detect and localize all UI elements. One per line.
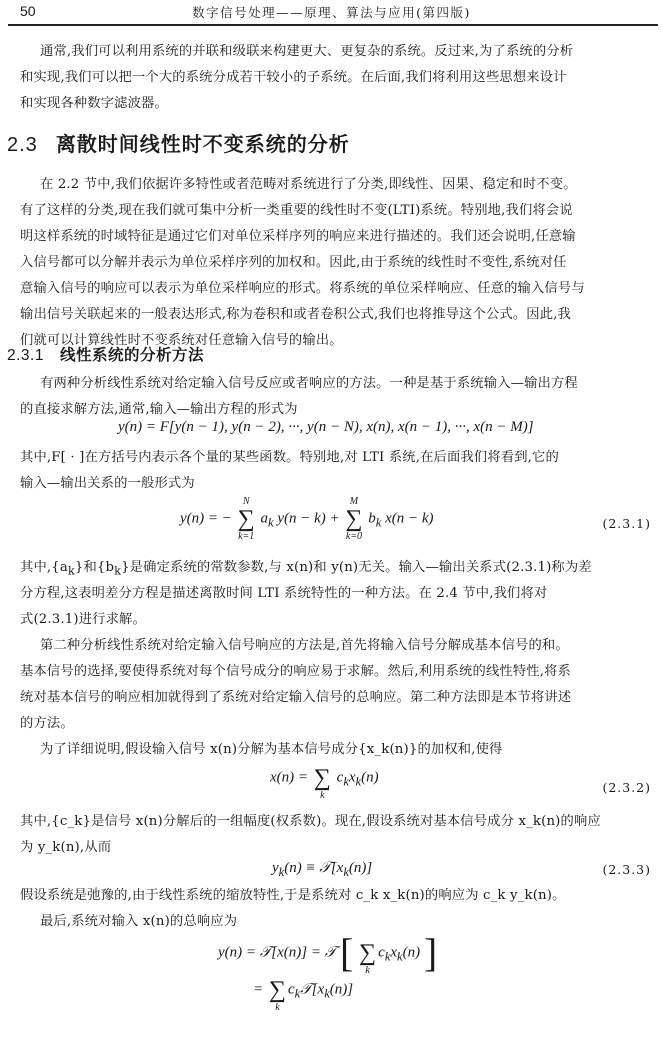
- eq231-a: a: [261, 510, 269, 526]
- methods-line-1: 有两种分析线性系统对给定输入信号反应或者响应的方法。一种是基于系统输入—输出方程: [40, 372, 578, 391]
- sigma-icon: ∑: [269, 978, 286, 1002]
- equation-2-3-1: y(n) = − N ∑ k=1 ak y(n − k) + M ∑ k=0 b…: [180, 496, 434, 542]
- right-bracket: ]: [424, 930, 437, 975]
- ck-line-1: 其中,{c_k}是信号 x(n)分解后的一组幅度(权系数)。现在,假设系统对基本…: [20, 810, 601, 829]
- equation-2-3-3: yk(n) ≡ 𝒯[xk(n)]: [272, 859, 372, 880]
- second-method-line-4: 的方法。: [20, 712, 74, 731]
- sigma-icon: ∑: [314, 766, 331, 790]
- equation-number-2-3-2: (2.3.2): [602, 780, 651, 795]
- section-title: 离散时间线性时不变系统的分析: [56, 134, 350, 156]
- sum2-lower: k=0: [345, 531, 362, 542]
- coeffs-line-1: 其中,{ak}和{bk}是确定系统的常数参数,与 x(n)和 y(n)无关。输入…: [20, 556, 592, 578]
- ck-line-2: 为 y_k(n),从而: [20, 836, 111, 855]
- final-n: (n): [403, 944, 421, 960]
- sigma-icon: ∑: [238, 507, 255, 531]
- sum-symbol-3: ∑ k: [314, 755, 331, 801]
- coeffs-line-2: 分方程,这表明差分方程是描述离散时间 LTI 系统特性的一种方法。在 2.4 节…: [20, 582, 547, 601]
- equation-number-2-3-3: (2.3.3): [602, 862, 651, 877]
- eq233-end: (n)]: [349, 860, 372, 876]
- coeffs-line-3: 式(2.3.1)进行求解。: [20, 608, 146, 627]
- second-method-line-1: 第二种分析线性系统对给定输入信号响应的方法是,首先将输入信号分解成基本信号的和。: [40, 634, 569, 653]
- equation-total-response-line-2: = ∑ k ck𝒯[xk(n)]: [253, 967, 353, 1013]
- final2-c: c: [288, 981, 295, 997]
- sum-symbol-2: M ∑ k=0: [345, 496, 362, 542]
- final-line1-lhs: y(n) = 𝒯[x(n)] = 𝒯: [218, 944, 336, 960]
- eq231-term2: x(n − k): [385, 510, 433, 526]
- subsection-heading: 2.3.1线性系统的分析方法: [7, 343, 204, 365]
- eq231-a-sub: k: [268, 515, 274, 529]
- sigma-icon: ∑: [345, 507, 362, 531]
- eq231-term1: y(n − k) +: [277, 510, 339, 526]
- coeffs-text-a: 其中,{a: [20, 560, 68, 575]
- sigma-icon: ∑: [359, 941, 376, 965]
- header-rule: [8, 24, 658, 26]
- eq232-lhs: x(n) =: [270, 769, 308, 785]
- section-para-line-1: 在 2.2 节中,我们依据许多特性或者范畴对系统进行了分类,即线性、因果、稳定和…: [40, 173, 577, 192]
- eq232-x: x: [349, 769, 356, 785]
- sum-symbol-5: ∑ k: [269, 967, 286, 1013]
- intro-line-2: 和实现,我们可以把一个大的系统分成若干较小的子系统。在后面,我们将利用这些思想来…: [20, 66, 567, 85]
- sum5-lower: k: [269, 1002, 286, 1013]
- intro-line-3: 和实现各种数字滤波器。: [20, 92, 168, 111]
- section-para-line-5: 意输入信号的响应可以表示为单位采样响应的形式。将系统的单位采样响应、任意的输入信…: [20, 277, 585, 296]
- coeffs-text-rest: }是确定系统的常数参数,与 x(n)和 y(n)无关。输入—输出关系式(2.3.…: [121, 560, 592, 575]
- second-method-line-2: 基本信号的选择,要使得系统对每个信号成分的响应易于求解。然后,利用系统的线性特性…: [20, 660, 571, 679]
- final-line2-eq: =: [253, 981, 263, 997]
- section-para-line-2: 有了这样的分类,现在我们就可集中分析一类重要的线性时不变(LTI)系统。特别地,…: [20, 199, 573, 218]
- coeffs-sub-a: k: [68, 565, 75, 578]
- final-c: c: [378, 944, 385, 960]
- section-number: 2.3: [7, 134, 38, 156]
- intro-line-1: 通常,我们可以利用系统的并联和级联来构建更大、更复杂的系统。反过来,为了系统的分…: [40, 40, 573, 59]
- final2-end: (n)]: [330, 981, 353, 997]
- eq233-mid: (n) ≡ 𝒯[x: [284, 860, 343, 876]
- total-response-line: 最后,系统对输入 x(n)的总响应为: [40, 910, 237, 929]
- sum-symbol-4: ∑ k: [359, 930, 376, 976]
- para-F-line-2: 输入—输出关系的一般形式为: [20, 472, 195, 491]
- sum4-lower: k: [359, 965, 376, 976]
- eq231-lhs: y(n) = −: [180, 510, 232, 526]
- section-heading: 2.3离散时间线性时不变系统的分析: [7, 128, 350, 157]
- equation-general-form: y(n) = F[y(n − 1), y(n − 2), ···, y(n − …: [118, 419, 534, 436]
- final2-T: 𝒯[x: [300, 981, 324, 997]
- equation-2-3-2: x(n) = ∑ k ckxk(n): [270, 755, 379, 801]
- subsection-title: 线性系统的分析方法: [60, 347, 204, 364]
- eq232-n: (n): [361, 769, 379, 785]
- section-para-line-6: 输出信号关联起来的一般表达形式,称为卷积和或者卷积公式,我们也将推导这个公式。因…: [20, 303, 571, 322]
- section-para-line-3: 明这样系统的时域特征是通过它们对单位采样序列的响应来进行描述的。我们还会说明,任…: [20, 225, 576, 244]
- sum-symbol-1: N ∑ k=1: [238, 496, 255, 542]
- coeffs-text-b: }和{b: [75, 560, 114, 575]
- eq231-b-sub: k: [376, 515, 382, 529]
- eq233-y: y: [272, 860, 279, 876]
- second-method-line-3: 统对基本信号的响应相加就得到了系统对给定输入信号的总响应。第二种方法即是本节将讲…: [20, 686, 571, 705]
- subsection-number: 2.3.1: [7, 347, 44, 364]
- relaxed-line: 假设系统是弛豫的,由于线性系统的缩放特性,于是系统对 c_k x_k(n)的响应…: [20, 884, 566, 903]
- sum1-lower: k=1: [238, 531, 255, 542]
- methods-line-2: 的直接求解方法,通常,输入—输出方程的形式为: [20, 398, 298, 417]
- sum3-lower: k: [314, 790, 331, 801]
- para-F-line-1: 其中,F[ · ]在方括号内表示各个量的某些函数。特别地,对 LTI 系统,在后…: [20, 446, 559, 465]
- running-title: 数字信号处理——原理、算法与应用(第四版): [0, 3, 663, 21]
- equation-number-2-3-1: (2.3.1): [602, 516, 651, 531]
- section-para-line-4: 入信号都可以分解并表示为单位采样序列的加权和。因此,由于系统的线性时不变性,系统…: [20, 251, 567, 270]
- eq231-b: b: [368, 510, 376, 526]
